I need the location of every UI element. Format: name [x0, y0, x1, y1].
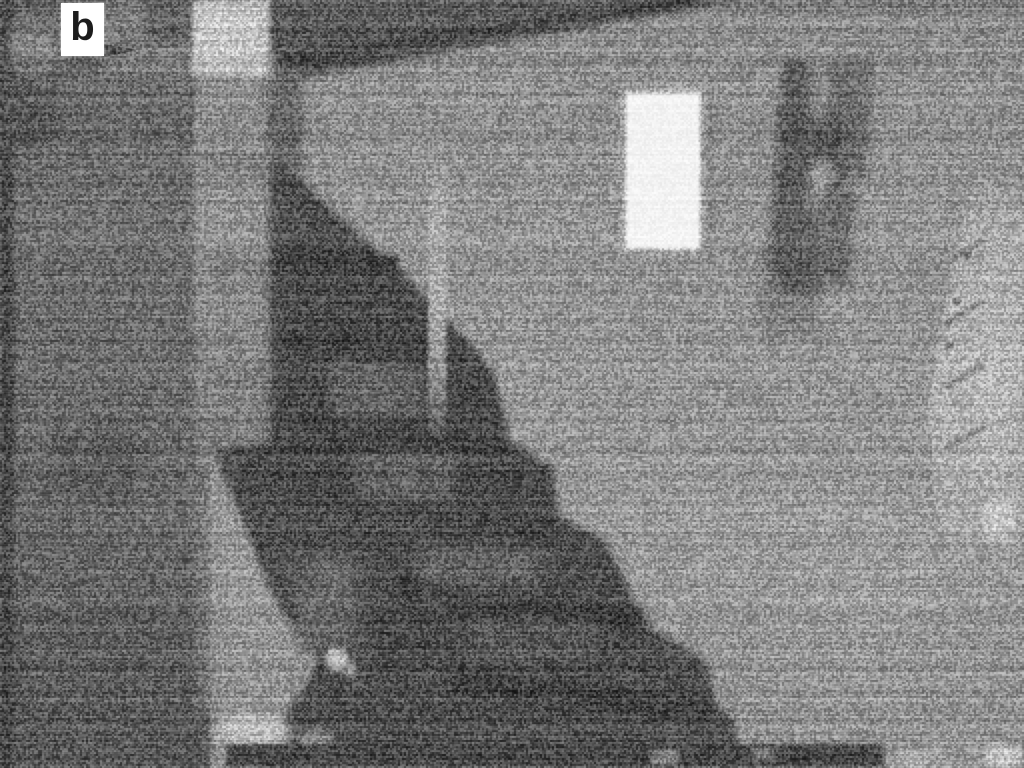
window-opening-highlight	[627, 94, 699, 248]
photo-panel: b	[0, 0, 1024, 768]
panel-label-text: b	[70, 5, 94, 50]
panel-label: b	[61, 3, 104, 56]
film-grain-overlay	[0, 0, 1024, 768]
